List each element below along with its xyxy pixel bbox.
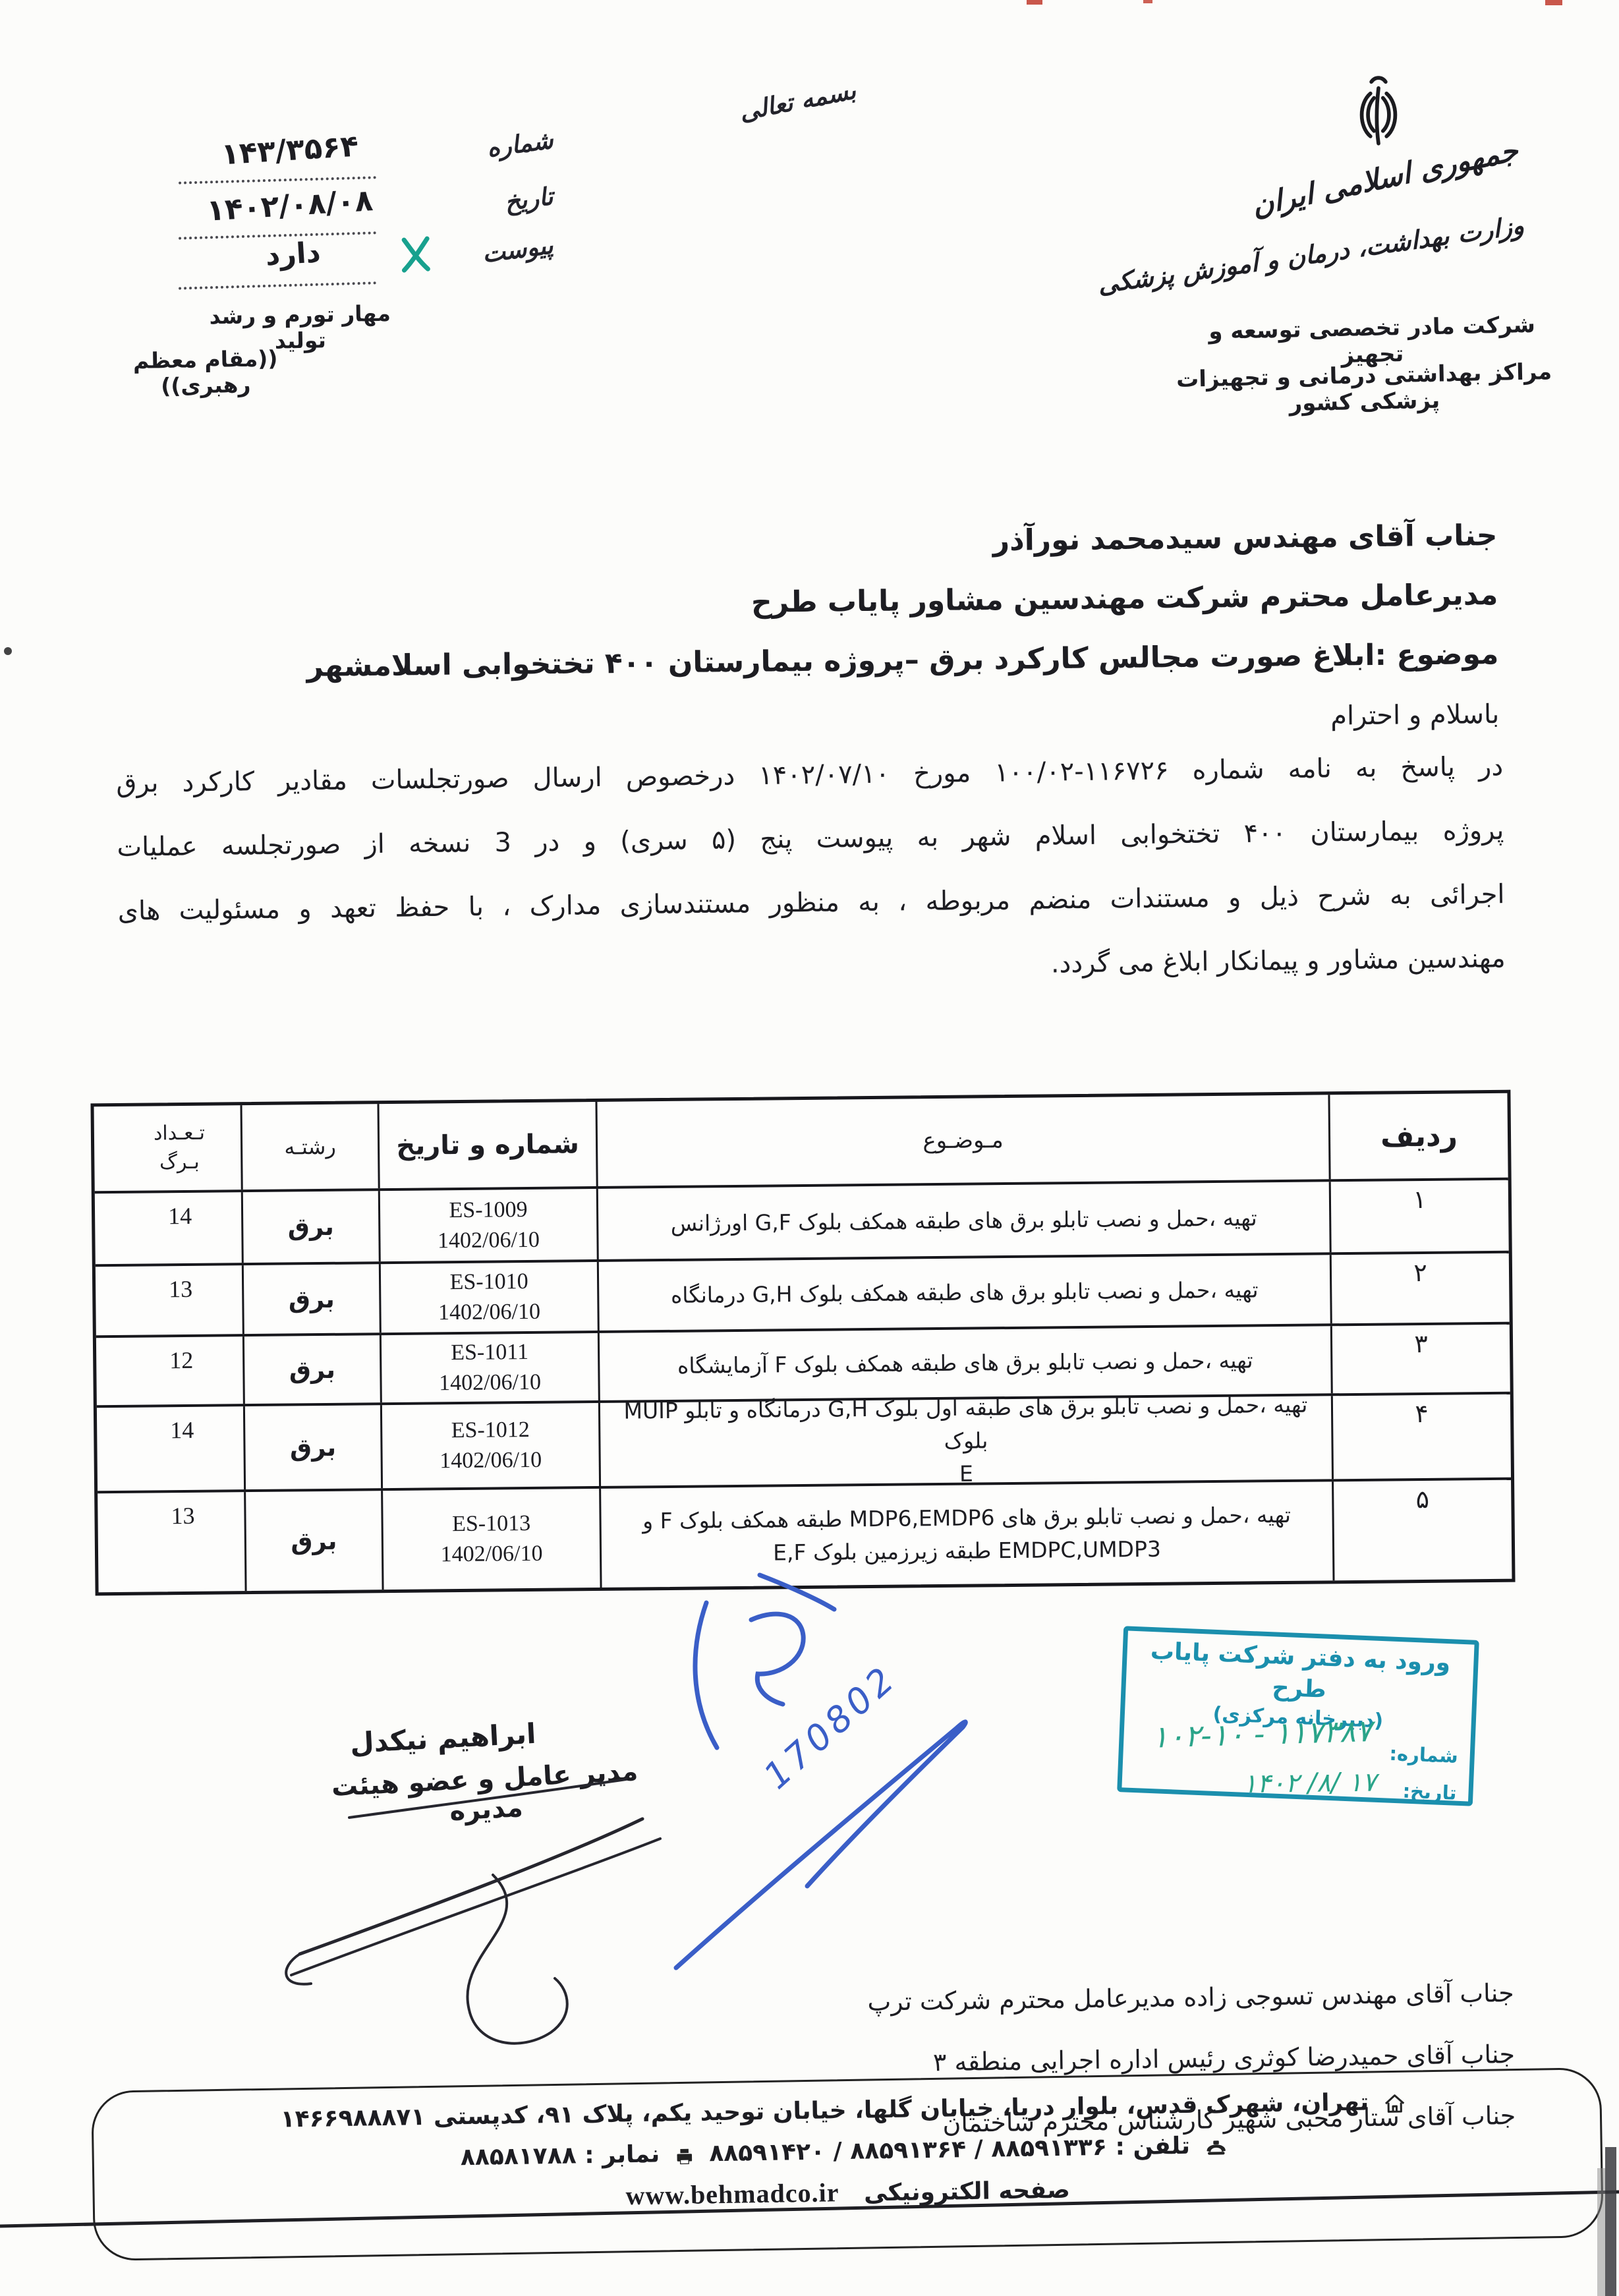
table-row: ۴ تهیه ،حمل و نصب تابلو برق های طبقه اول…: [97, 1394, 1511, 1494]
dotted-line: [179, 176, 376, 184]
subject-cell: تهیه ،حمل و نصب تابلو برق های MDP6,EMDP6…: [599, 1481, 1332, 1588]
ref-cell: ES-10131402/06/10: [381, 1489, 600, 1590]
table-row: ۲ تهیه ،حمل و نصب تابلو برق های طبقه همک…: [96, 1253, 1510, 1338]
header-row-no: ردیف: [1328, 1093, 1508, 1180]
attachment-row: پیوست دارد: [164, 231, 554, 290]
green-x-mark-icon: [398, 235, 434, 273]
subject-cell: تهیه ،حمل و نصب تابلو برق های طبقه اول ب…: [598, 1396, 1332, 1486]
signatory-name: ابراهیم نیکدل: [297, 1710, 667, 1762]
receipt-stamp: ورود به دفتر شرکت پایاب طرح (دبیرخانه مر…: [1117, 1626, 1479, 1806]
ref-cell: ES-10121402/06/10: [380, 1403, 599, 1488]
footer-web-url: www.behmadco.ir: [625, 2177, 839, 2210]
telephone-icon: [1205, 2137, 1227, 2158]
handwritten-blue-number: 170802: [756, 1657, 905, 1797]
bismillah-calligraphy: بسمه تعالی: [735, 73, 861, 130]
worklog-table: ردیف مـوضـوع شماره و تاریخ رشتـه تـعـداد…: [90, 1090, 1515, 1596]
footer-contact-box: تهران، شهرک قدس، بلوار دریا، خیابان گلها…: [91, 2067, 1604, 2261]
table-row: ۱ تهیه ،حمل و نصب تابلو برق های طبقه همک…: [95, 1180, 1509, 1267]
ref-number-row: شماره ۱۴۳/۳۵۶۴: [164, 125, 554, 185]
footer-fax-number: ۸۸۵۸۱۷۸۸: [461, 2142, 577, 2171]
slogan-attribution: ((مقام معظم رهبری)): [117, 345, 294, 400]
iran-emblem-icon: [1343, 74, 1414, 154]
ref-number-value: ۱۴۳/۳۵۶۴: [200, 127, 380, 173]
ref-date-label: تاریخ: [503, 182, 555, 216]
ref-date-value: ۱۴۰۲/۰۸/۰۸: [200, 183, 380, 229]
house-icon: [1384, 2094, 1406, 2114]
ref-cell: ES-10091402/06/10: [378, 1189, 597, 1261]
subject-cell: تهیه ،حمل و نصب تابلو برق های طبقه همکف …: [596, 1182, 1330, 1259]
subject-cell: تهیه ،حمل و نصب تابلو برق های طبقه همکف …: [597, 1255, 1330, 1331]
blue-pen-marks: [676, 1575, 965, 1968]
ref-number-label: شماره: [485, 126, 555, 163]
header-pages: تـعـداد بـرگ: [118, 1105, 241, 1191]
header-subject: مـوضـوع: [595, 1095, 1328, 1186]
ref-cell: ES-10101402/06/10: [379, 1262, 598, 1333]
recipient-block: جناب آقای مهندس سیدمحمد نورآذر مدیرعامل …: [245, 506, 1500, 758]
org-line2: مراکز بهداشتی درمانی و تجهیزات پزشکی کشو…: [1145, 358, 1584, 420]
attachment-label: پیوست: [480, 231, 555, 268]
table-header-row: ردیف مـوضـوع شماره و تاریخ رشتـه تـعـداد…: [94, 1093, 1508, 1194]
header-ref-date: شماره و تاریخ: [377, 1102, 596, 1188]
footer-phone-numbers: ۸۸۵۹۱۴۲۰ / ۸۸۵۹۱۳۶۴ / ۸۸۵۹۱۳۳۶: [709, 2134, 1107, 2167]
scanned-letter-page: بسمه تعالی جمهوری اسلامی ایران وزارت بهد…: [0, 0, 1619, 2296]
letter-body: در پاسخ به نامه شماره ۱۱۶۷۲۶-۱۰۰/۰۲ مورخ…: [116, 735, 1506, 1008]
ref-date-row: تاریخ ۱۴۰۲/۰۸/۰۸: [164, 181, 554, 240]
stamp-date-handwritten: ۱۷ /۸/ ۱۴۰۲: [1243, 1764, 1377, 1802]
stamp-number-handwritten: ۱۱۷۳۸۷ - ۱۰۲-۱۰: [1151, 1712, 1373, 1756]
table-row: ۵ تهیه ،حمل و نصب تابلو برق های MDP6,EMD…: [98, 1480, 1512, 1593]
signatory-title: مدیر عامل و عضو هیئت مدیره: [300, 1754, 671, 1834]
signature-block: ابراهیم نیکدل مدیر عامل و عضو هیئت مدیره: [297, 1710, 671, 1834]
header-discipline: رشتـه: [241, 1104, 378, 1190]
ref-cell: ES-10111402/06/10: [380, 1333, 598, 1402]
attachment-value: دارد: [226, 234, 360, 275]
dotted-line: [179, 281, 376, 289]
fax-icon: [675, 2146, 695, 2166]
